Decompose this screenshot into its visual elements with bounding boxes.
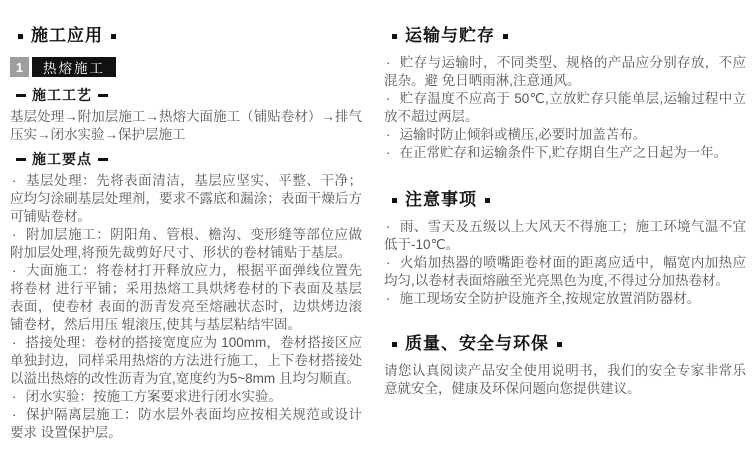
process-flow-text: 基层处理→附加层施工→热熔大面施工（铺贴卷材）→排气压实→闭水实验→保护层施工 <box>10 108 362 144</box>
list-item-text: 在正常贮存和运输条件下,贮存期自生产之日起为一年。 <box>400 145 728 160</box>
list-item: ·运输时防止倾斜或横压,必要时加盖苫布。 <box>384 126 746 144</box>
section-heading-quality-safety-environment: 质量、安全与环保 <box>384 334 746 354</box>
section-precautions: 注意事项 ·雨、雪天及五级以上大风天不得施工；施工环境气温不宜低于-10℃。 ·… <box>384 190 746 308</box>
bullet-dot-icon: · <box>386 55 391 70</box>
dash-icon <box>16 94 26 97</box>
hot-melt-badge: 1 热熔施工 <box>10 57 362 77</box>
left-column: 施工应用 1 热熔施工 施工工艺 基层处理→附加层施工→热熔大面施工（铺贴卷材）… <box>10 26 362 453</box>
list-item: ·贮存与运输时，不同类型、规格的产品应分别存放，不应混杂。避 免日晒雨淋,注意通… <box>384 54 746 90</box>
bullet-dot-icon: · <box>386 219 391 234</box>
quality-statement-text: 请您认真阅读产品安全使用说明书，我们的安全专家非常乐意就安全，健康及环保问题向您… <box>384 362 746 398</box>
bullet-dot-icon: · <box>386 127 391 142</box>
section-title: 注意事项 <box>405 190 477 210</box>
section-heading-transport-storage: 运输与贮存 <box>384 26 746 46</box>
bullet-dot-icon: · <box>12 227 17 242</box>
list-item-text: 基层处理：先将表面清洁，基层应坚实、平整、干净；应均匀涂刷基层处理剂，要求不露底… <box>10 173 362 224</box>
list-item-text: 闭水实验：按施工方案要求进行闭水实验。 <box>26 389 283 404</box>
list-item-text: 大面施工：将卷材打开释放应力，根据平面弹线位置先将卷材 进行平铺；采用热熔工具烘… <box>10 263 362 332</box>
list-item-text: 施工现场安全防护设施齐全,按规定放置消防器材。 <box>400 291 701 306</box>
section-heading-precautions: 注意事项 <box>384 190 746 210</box>
heading-dot-icon <box>485 198 490 203</box>
section-title: 运输与贮存 <box>405 26 495 46</box>
list-item-text: 附加层施工：阴阳角、管根、檐沟、变形缝等部位应做附加层处理,将预先裁剪好尺寸、形… <box>10 227 362 260</box>
heading-dot-icon <box>111 34 116 39</box>
list-item: ·火焰加热器的喷嘴距卷材面的距离应适中，幅宽内加热应均匀,以卷材表面熔融至光亮黑… <box>384 254 746 290</box>
bullet-dot-icon: · <box>386 145 391 160</box>
list-item-text: 保护隔离层施工：防水层外表面均应按相关规范或设计要求 设置保护层。 <box>10 407 362 440</box>
document-page: 施工应用 1 热熔施工 施工工艺 基层处理→附加层施工→热熔大面施工（铺贴卷材）… <box>0 0 752 453</box>
heading-dot-icon <box>392 342 397 347</box>
dash-icon <box>98 94 108 97</box>
bullet-dot-icon: · <box>386 91 391 106</box>
list-item: ·大面施工：将卷材打开释放应力，根据平面弹线位置先将卷材 进行平铺；采用热熔工具… <box>10 262 362 334</box>
bullet-dot-icon: · <box>12 407 17 422</box>
list-item: ·闭水实验：按施工方案要求进行闭水实验。 <box>10 388 362 406</box>
dash-icon <box>16 158 26 161</box>
list-item-text: 火焰加热器的喷嘴距卷材面的距离应适中，幅宽内加热应均匀,以卷材表面熔融至光亮黑色… <box>384 255 746 288</box>
heading-dot-icon <box>557 342 562 347</box>
list-item: ·搭接处理：卷材的搭接宽度应为 100mm，卷材搭接区应单独封边，同样采用热熔的… <box>10 334 362 388</box>
list-item-text: 贮存温度不应高于 50℃,立放贮存只能单层,运输过程中立放不超过两层。 <box>384 91 746 124</box>
list-item: ·基层处理：先将表面清洁，基层应坚实、平整、干净；应均匀涂刷基层处理剂，要求不露… <box>10 172 362 226</box>
bullet-dot-icon: · <box>12 389 17 404</box>
badge-label: 热熔施工 <box>32 57 116 77</box>
list-item: ·施工现场安全防护设施齐全,按规定放置消防器材。 <box>384 290 746 308</box>
bullet-dot-icon: · <box>12 263 17 278</box>
bullet-dot-icon: · <box>12 335 17 350</box>
bullet-dot-icon: · <box>386 255 391 270</box>
section-heading-construction-application: 施工应用 <box>10 26 362 46</box>
list-item: ·雨、雪天及五级以上大风天不得施工；施工环境气温不宜低于-10℃。 <box>384 218 746 254</box>
list-item-text: 雨、雪天及五级以上大风天不得施工；施工环境气温不宜低于-10℃。 <box>384 219 746 252</box>
bullet-dot-icon: · <box>12 173 17 188</box>
subheading-process-title: 施工工艺 <box>32 88 92 103</box>
list-item-text: 运输时防止倾斜或横压,必要时加盖苫布。 <box>400 127 647 142</box>
badge-number: 1 <box>10 57 29 77</box>
subheading-process: 施工工艺 <box>10 88 362 103</box>
list-item: ·贮存温度不应高于 50℃,立放贮存只能单层,运输过程中立放不超过两层。 <box>384 90 746 126</box>
right-column: 运输与贮存 ·贮存与运输时，不同类型、规格的产品应分别存放，不应混杂。避 免日晒… <box>384 26 746 453</box>
section-transport-storage: 运输与贮存 ·贮存与运输时，不同类型、规格的产品应分别存放，不应混杂。避 免日晒… <box>384 26 746 162</box>
heading-dot-icon <box>503 34 508 39</box>
bullet-dot-icon: · <box>386 291 391 306</box>
section-title: 质量、安全与环保 <box>405 334 549 354</box>
subheading-points-title: 施工要点 <box>32 152 92 167</box>
list-item: ·附加层施工：阴阳角、管根、檐沟、变形缝等部位应做附加层处理,将预先裁剪好尺寸、… <box>10 226 362 262</box>
dash-icon <box>98 158 108 161</box>
heading-dot-icon <box>392 34 397 39</box>
subheading-points: 施工要点 <box>10 152 362 167</box>
list-item-text: 贮存与运输时，不同类型、规格的产品应分别存放，不应混杂。避 免日晒雨淋,注意通风… <box>384 55 746 88</box>
list-item: ·保护隔离层施工：防水层外表面均应按相关规范或设计要求 设置保护层。 <box>10 406 362 442</box>
list-item: ·在正常贮存和运输条件下,贮存期自生产之日起为一年。 <box>384 144 746 162</box>
list-item-text: 搭接处理：卷材的搭接宽度应为 100mm，卷材搭接区应单独封边，同样采用热熔的方… <box>10 335 362 386</box>
heading-dot-icon <box>392 198 397 203</box>
section-title: 施工应用 <box>31 26 103 46</box>
section-quality-safety-environment: 质量、安全与环保 请您认真阅读产品安全使用说明书，我们的安全专家非常乐意就安全，… <box>384 334 746 398</box>
heading-dot-icon <box>18 34 23 39</box>
